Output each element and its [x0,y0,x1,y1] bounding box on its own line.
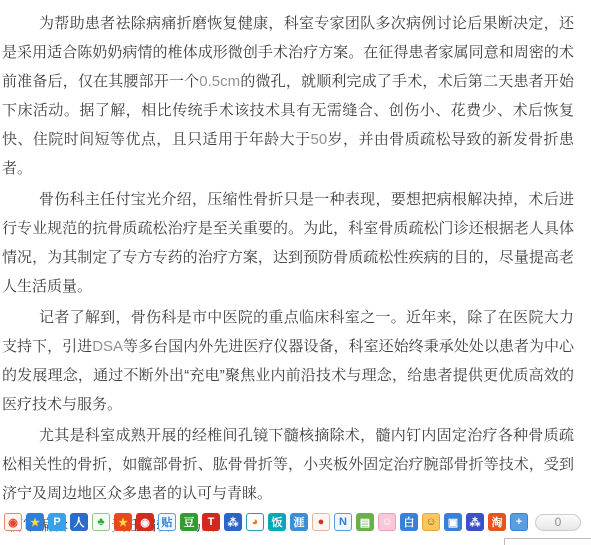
share-icon-browser-circle[interactable]: ◕ [246,513,264,531]
share-icon-netease-n[interactable]: N [334,513,352,531]
latin-highlight: 0.5cm [199,73,240,90]
article-paragraph: 骨伤科主任付宝光介绍，压缩性骨折只是一种表现，要想把病根解决掉，术后进行专业规范… [2,185,574,301]
share-icon-apple[interactable]: ● [312,513,330,531]
article-body: 为帮助患者祛除病痛折磨恢复健康，科室专家团队多次病例讨论后果断决定，还是采用适合… [0,0,591,508]
share-icon-pink-face[interactable]: ☺ [378,513,396,531]
share-icons: ◉★P人♣★◉贴豆T⁂◕饭涯●N▤☺白☺▣⁂淘+ [4,513,528,531]
latin-highlight: DSA [92,338,123,355]
article-page: 为帮助患者祛除病痛折磨恢复健康，科室专家团队多次病例讨论后果断决定，还是采用适合… [0,0,591,545]
share-icon-kaixin-clover[interactable]: ♣ [92,513,110,531]
share-icon-fanfou[interactable]: 饭 [268,513,286,531]
latin-highlight: 50 [311,131,328,148]
share-icon-tencent-weibo[interactable]: P [48,513,66,531]
share-icon-photo-share[interactable]: ▣ [444,513,462,531]
text-run: 骨伤科主任付宝光介绍，压缩性骨折只是一种表现，要想把病根解决掉，术后进行专业规范… [2,191,574,295]
article-paragraph: 为帮助患者祛除病痛折磨恢复健康，科室专家团队多次病例讨论后果断决定，还是采用适合… [2,9,574,183]
share-icon-sogou-dog[interactable]: ☺ [422,513,440,531]
share-icon-paw-blue[interactable]: ⁂ [466,513,484,531]
share-bar: ◉★P人♣★◉贴豆T⁂◕饭涯●N▤☺白☺▣⁂淘+ 0 [4,513,581,531]
article-paragraph: 记者了解到，骨伤科是市中医院的重点临床科室之一。近年来，除了在医院大力支持下，引… [2,303,574,419]
share-icon-red-medal[interactable]: ◉ [136,513,154,531]
share-icon-green-field[interactable]: ▤ [356,513,374,531]
article-paragraph: 尤其是科室成熟开展的经椎间孔镜下髓核摘除术，髓内钉内固定治疗各种骨质疏松相关性的… [2,421,574,508]
share-icon-douban[interactable]: 豆 [180,513,198,531]
share-icon-sina-weibo[interactable]: ◉ [4,513,22,531]
share-icon-baidu-tieba[interactable]: 贴 [158,513,176,531]
share-icon-tianya[interactable]: 涯 [290,513,308,531]
share-icon-qzone[interactable]: ★ [26,513,44,531]
share-icon-baidu-paw[interactable]: ⁂ [224,513,242,531]
share-icon-more-share[interactable]: + [510,513,528,531]
share-icon-taojianghu[interactable]: T [202,513,220,531]
share-icon-renren[interactable]: 人 [70,513,88,531]
text-run: 尤其是科室成熟开展的经椎间孔镜下髓核摘除术，髓内钉内固定治疗各种骨质疏松相关性的… [2,427,574,502]
cutoff-panel [504,538,591,545]
share-count-badge: 0 [535,514,581,531]
share-icon-taobao[interactable]: 淘 [488,513,506,531]
share-icon-baishehui[interactable]: 白 [400,513,418,531]
share-icon-orange-star[interactable]: ★ [114,513,132,531]
